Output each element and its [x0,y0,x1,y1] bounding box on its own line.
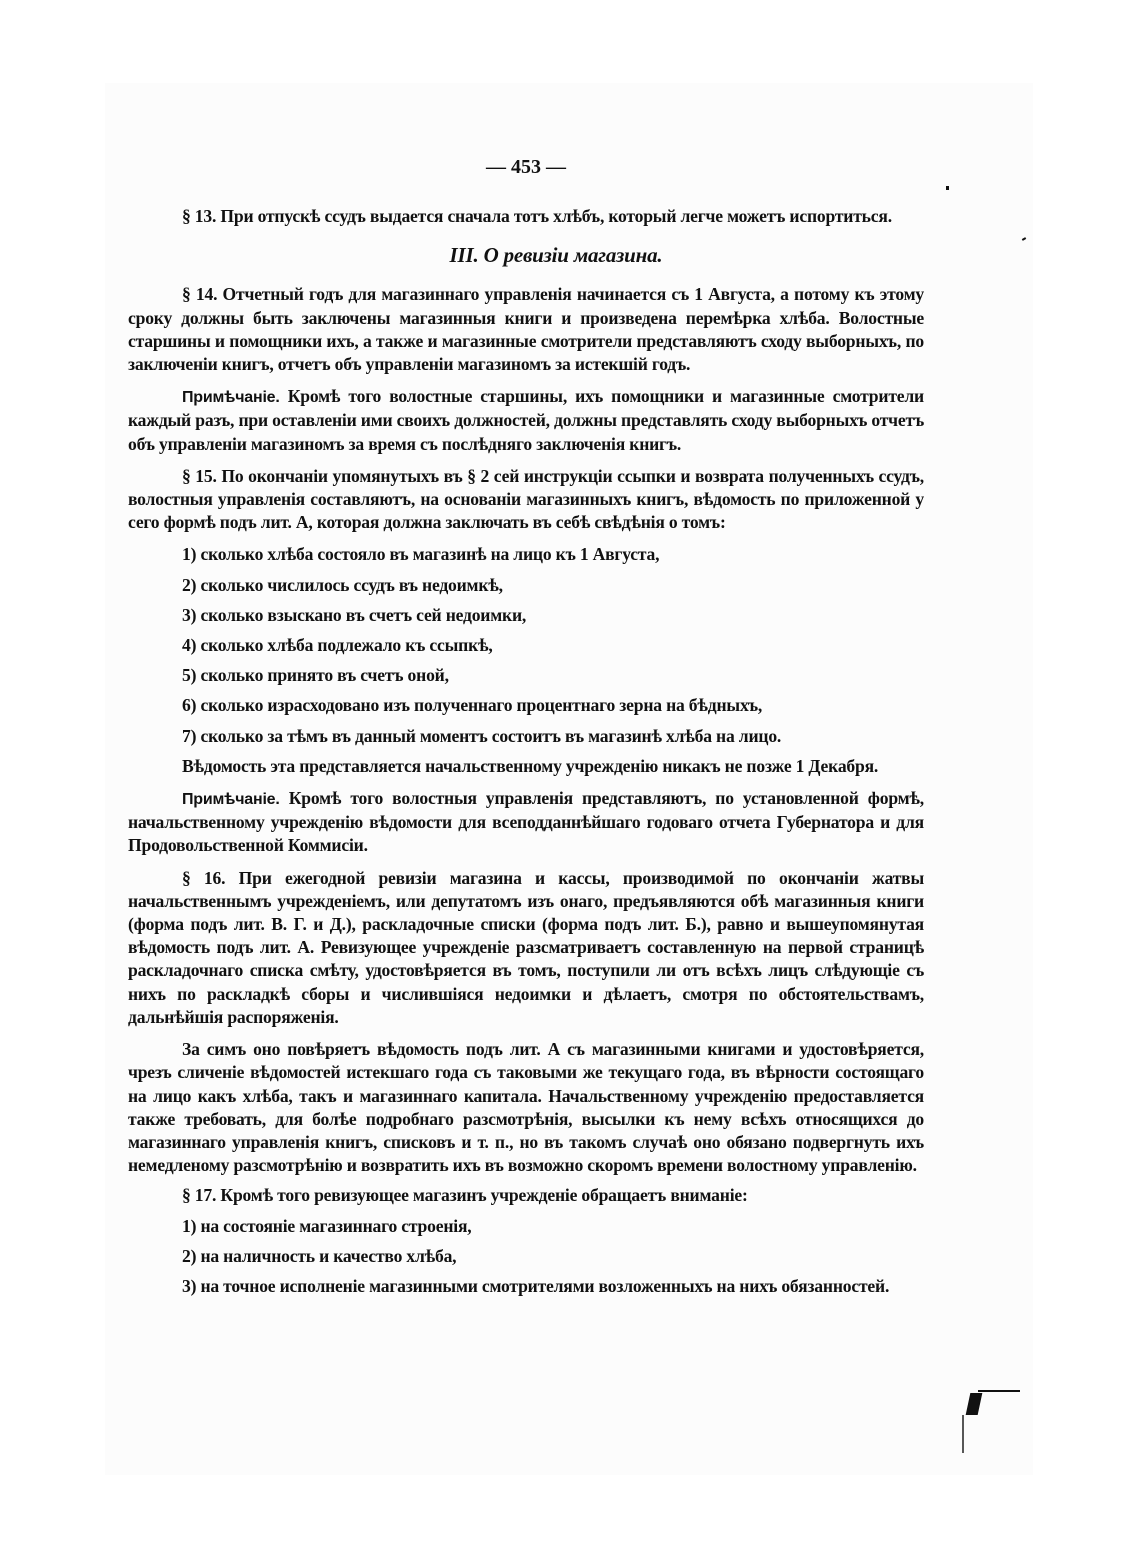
scan-artifact [962,1415,964,1453]
page-number: — 453 — [0,156,1052,179]
paragraph-16: § 16. При ежегодной ревизіи магазина и к… [128,867,924,1029]
list-item: 3) на точное исполненіе магазинными смот… [128,1275,924,1298]
list-item: 3) сколько взыскано въ счетъ сей недоимк… [128,604,924,627]
note-1: Примѣчаніе. Кромѣ того волостные старшин… [128,385,924,456]
section-heading: III. О ревизіи магазина. [128,244,924,267]
paragraph-14: § 14. Отчетный годъ для магазиннаго упра… [128,283,924,376]
list-item: 2) сколько числилось ссудъ въ недоимкѣ, [128,574,924,597]
paragraph-15: § 15. По окончаніи упомянутыхъ въ § 2 се… [128,465,924,535]
scan-artifact [946,186,949,190]
list-item: 7) сколько за тѣмъ въ данный моментъ сос… [128,725,924,748]
paragraph-15-tail: Вѣдомость эта представляется начальствен… [128,755,924,778]
paragraph-13: § 13. При отпускѣ ссудъ выдается сначала… [128,205,924,228]
note-label: Примѣчаніе. [182,389,280,406]
page-body: § 13. При отпускѣ ссудъ выдается сначала… [128,205,924,1298]
list-item: 1) сколько хлѣба состояло въ магазинѣ на… [128,543,924,566]
list-item: 6) сколько израсходовано изъ полученнаго… [128,694,924,717]
note-label: Примѣчаніе. [182,791,280,808]
list-item: 1) на состояніе магазиннаго строенія, [128,1215,924,1238]
list-item: 2) на наличность и качество хлѣба, [128,1245,924,1268]
list-item: 5) сколько принято въ счетъ оной, [128,664,924,687]
paragraph-17: § 17. Кромѣ того ревизующее магазинъ учр… [128,1184,924,1207]
paragraph-16-continued: За симъ оно повѣряетъ вѣдомость подъ лит… [128,1038,924,1177]
list-item: 4) сколько хлѣба подлежало къ ссыпкѣ, [128,634,924,657]
note-2: Примѣчаніе. Кромѣ того волостныя управле… [128,787,924,858]
scan-artifact [978,1390,1020,1392]
